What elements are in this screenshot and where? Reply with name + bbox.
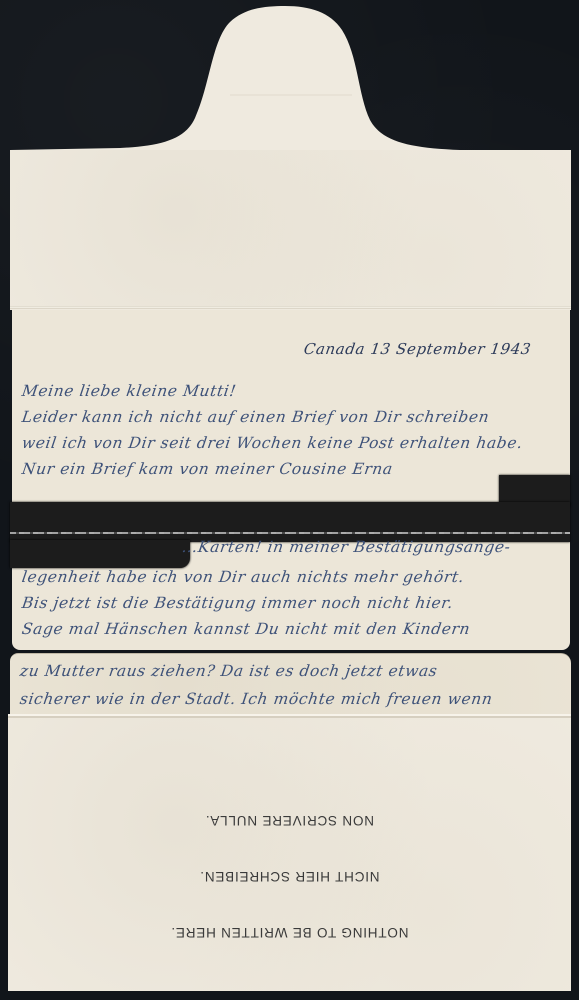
letter-line: Meine liebe kleine Mutti! [21, 382, 238, 400]
letter-line: weil ich von Dir seit drei Wochen keine … [21, 434, 524, 452]
letter-line: sicherer wie in der Stadt. Ich möchte mi… [19, 690, 494, 708]
folded-strip: zu Mutter raus ziehen? Da ist es doch je… [10, 653, 571, 716]
censor-bar [10, 540, 190, 568]
letter-line: Leider kann ich nicht auf einen Brief vo… [21, 408, 491, 426]
bottom-panel: NON SCRIVERE NULLA. NICHT HIER SCHREIBEN… [8, 714, 571, 991]
letter-dateline: Canada 13 September 1943 [303, 340, 533, 358]
letter-line: Bis jetzt ist die Bestätigung immer noch… [21, 594, 455, 612]
notice-german: NICHT HIER SCHREIBEN. [8, 869, 571, 884]
notice-italian: NON SCRIVERE NULLA. [8, 813, 571, 828]
letter-line: legenheit habe ich von Dir auch nichts m… [21, 568, 466, 586]
letter-line: zu Mutter raus ziehen? Da ist es doch je… [19, 662, 439, 680]
letter-line: …Karten! in meiner Bestätigungsange- [181, 538, 512, 556]
fold-line [10, 306, 571, 309]
censor-bar [10, 502, 570, 542]
letter-line: Nur ein Brief kam von meiner Cousine Ern… [21, 460, 394, 478]
letter-panel: Canada 13 September 1943 Meine liebe kle… [12, 310, 570, 650]
notice-english: NOTHING TO BE WRITTEN HERE. [8, 925, 571, 940]
letter-line: Sage mal Hänschen kannst Du nicht mit de… [21, 620, 472, 638]
top-panel [10, 150, 571, 309]
